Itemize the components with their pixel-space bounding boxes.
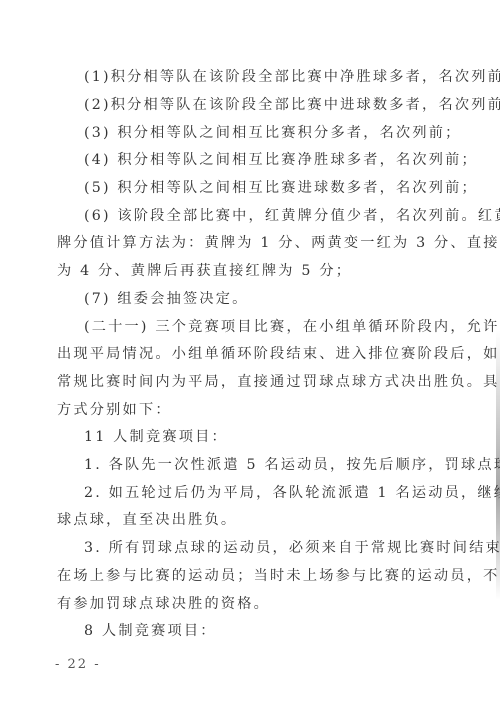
rule-item-2: (2)积分相等队在该阶段全部比赛中进球数多者，名次列前； <box>84 96 474 114</box>
list-item-3: 3. 所有罚球点球的运动员，必须来自于常规比赛时间结束时、 <box>84 539 474 557</box>
list-item-2: 2. 如五轮过后仍为平局，各队轮流派遣 1 名运动员，继续罚 <box>84 484 474 502</box>
section-21-paragraph: 常规比赛时间内为平局，直接通过罚球点球方式决出胜负。具体 <box>57 373 447 391</box>
rule-item-5: (5) 积分相等队之间相互比赛进球数多者，名次列前； <box>84 179 474 197</box>
section-21-paragraph: (二十一) 三个竞赛项目比赛，在小组单循环阶段内，允许 <box>84 318 474 336</box>
list-item-2-cont: 球点球，直至决出胜负。 <box>57 511 447 529</box>
list-item-3-cont: 有参加罚球点球决胜的资格。 <box>57 595 447 613</box>
rule-item-6-cont: 为 4 分、黄牌后再获直接红牌为 5 分； <box>57 262 447 280</box>
document-page: (1)积分相等队在该阶段全部比赛中净胜球多者，名次列前； (2)积分相等队在该阶… <box>0 0 500 706</box>
section-21-paragraph: 出现平局情况。小组单循环阶段结束、进入排位赛阶段后，如在 <box>57 345 447 363</box>
list-item-1: 1. 各队先一次性派遣 5 名运动员，按先后顺序，罚球点球。 <box>84 456 474 474</box>
rule-item-3: (3) 积分相等队之间相互比赛积分多者，名次列前； <box>84 124 474 142</box>
page-number: - 22 - <box>55 657 101 672</box>
list-item-3-cont: 在场上参与比赛的运动员；当时未上场参与比赛的运动员，不具 <box>57 567 447 585</box>
rule-item-1: (1)积分相等队在该阶段全部比赛中净胜球多者，名次列前； <box>84 68 474 86</box>
subheading-8-player: 8 人制竞赛项目： <box>84 622 474 640</box>
rule-item-6: (6) 该阶段全部比赛中，红黄牌分值少者，名次列前。红黄 <box>84 207 474 225</box>
rule-item-6-cont: 牌分值计算方法为：黄牌为 1 分、两黄变一红为 3 分、直接红牌 <box>57 234 447 252</box>
rule-item-7: (7) 组委会抽签决定。 <box>84 290 474 308</box>
section-21-paragraph: 方式分别如下： <box>57 401 447 419</box>
subheading-11-player: 11 人制竞赛项目： <box>84 428 474 446</box>
rule-item-4: (4) 积分相等队之间相互比赛净胜球多者，名次列前； <box>84 151 474 169</box>
